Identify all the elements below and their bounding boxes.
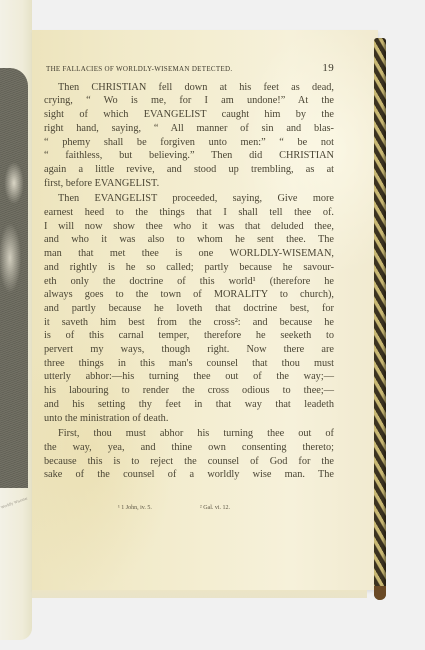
text-line: crying, “ Wo is me, for I am undone!” At… (44, 94, 334, 108)
running-head: THE FALLACIES OF WORLDLY-WISEMAN DETECTE… (44, 62, 334, 77)
text-line: the way, yea, and thine own consenting t… (44, 441, 334, 455)
text-line: three things in this man's counsel that … (44, 357, 334, 371)
book-photo: Worldly Wiseman THE FALLACIES OF WORLDLY… (0, 0, 425, 650)
binding-corner (374, 586, 386, 600)
text-line: man that met thee is one WORLDLY-WISEMAN… (44, 247, 334, 261)
text-line: right hand, saying, “ All manner of sin … (44, 122, 334, 136)
text-line: I will now show thee who it was that del… (44, 220, 334, 234)
text-line: and his setting thy feet in that way tha… (44, 398, 334, 412)
text-line: it saveth him best from the cross²: and … (44, 316, 334, 330)
text-line: and partly because he loveth that doctri… (44, 302, 334, 316)
text-line: “ faithless, but believing.” Then did CH… (44, 149, 334, 163)
text-line: sight of which EVANGELIST caught him by … (44, 108, 334, 122)
text-line: is of this carnal temper, therefore he s… (44, 329, 334, 343)
text-line: First, thou must abhor his turning thee … (44, 427, 334, 441)
engraved-plate (0, 68, 28, 488)
paragraph-2: Then EVANGELIST proceeded, saying, Give … (44, 192, 334, 425)
text-line: unto the ministration of death. (44, 412, 334, 426)
footnote-1: ¹ 1 John, iv. 5. (118, 505, 152, 511)
text-line: earnest heed to the things that I shall … (44, 206, 334, 220)
paragraph-1: Then CHRISTIAN fell down at his feet as … (44, 81, 334, 191)
text-line: pervert my ways, though right. Now there… (44, 343, 334, 357)
page-edge (32, 590, 367, 598)
footnote-2: ² Gal. vi. 12. (200, 505, 230, 511)
footnotes: ¹ 1 John, iv. 5. ² Gal. vi. 12. (118, 505, 338, 511)
text-line: first, before EVANGELIST. (44, 177, 334, 191)
text-line: again a little revive, and stood up trem… (44, 163, 334, 177)
text-line: because this is to reject the counsel of… (44, 455, 334, 469)
text-line: always goes to the town of MORALITY to c… (44, 288, 334, 302)
text-line: and rightly is he so called; partly beca… (44, 261, 334, 275)
running-head-title: THE FALLACIES OF WORLDLY-WISEMAN DETECTE… (46, 63, 232, 77)
paragraph-3: First, thou must abhor his turning thee … (44, 427, 334, 482)
text-line: his labouring to render the cross odious… (44, 384, 334, 398)
text-line: and who it was also to whom he sent thee… (44, 233, 334, 247)
page-text: THE FALLACIES OF WORLDLY-WISEMAN DETECTE… (44, 62, 334, 482)
text-line: “ phemy shall be forgiven unto men:” “ b… (44, 136, 334, 150)
text-line: sake of the counsel of a worldly wise ma… (44, 468, 334, 482)
text-line: eth only the doctrine of this world¹ (th… (44, 275, 334, 289)
page-number: 19 (322, 62, 334, 76)
text-line: Then EVANGELIST proceeded, saying, Give … (44, 192, 334, 206)
text-line: Then CHRISTIAN fell down at his feet as … (44, 81, 334, 95)
gilt-binding-edge (374, 38, 386, 600)
text-line: utterly abhor:—his turning thee out of t… (44, 370, 334, 384)
